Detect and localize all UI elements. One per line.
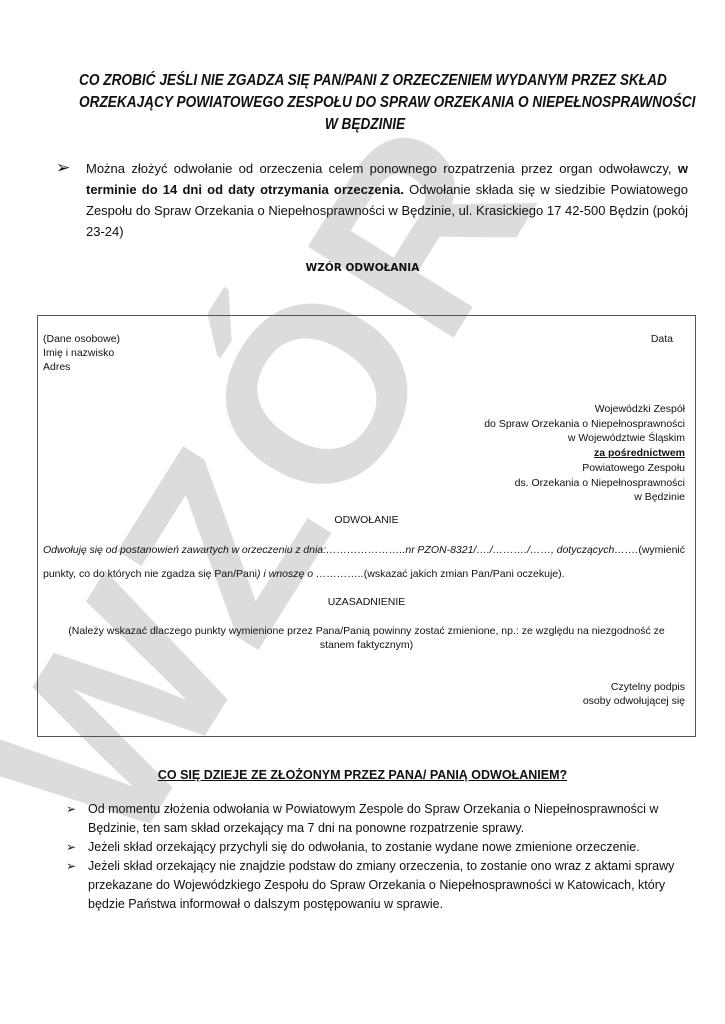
appeal-template-box: (Dane osobowe) Imię i nazwisko Adres Dat… — [37, 315, 696, 737]
recipient-block: Wojewódzki Zespół do Spraw Orzekania o N… — [484, 402, 685, 505]
signature-line: Czytelny podpis — [583, 680, 685, 694]
appeal-word: Odwołuję — [43, 538, 87, 562]
appeal-word: (wymienić — [638, 544, 685, 556]
template-heading: WZÓR ODWOŁANIA — [0, 262, 725, 274]
intro-text-start: Można złożyć odwołanie od orzeczenia cel… — [86, 161, 678, 176]
intro-text: Można złożyć odwołanie od orzeczenia cel… — [62, 158, 688, 242]
recipient-line: w Województwie Śląskim — [484, 431, 685, 446]
recipient-line: Wojewódzki Zespół — [484, 402, 685, 417]
list-item: ➢ Jeżeli skład orzekający nie znajdzie p… — [60, 857, 690, 914]
appeal-line-2: punkty, co do których nie zgadza się Pan… — [43, 562, 685, 586]
appeal-text-italic: ) i wnoszę o ………….. — [257, 568, 364, 580]
appeal-word: się — [89, 538, 102, 562]
appeal-word: dnia:…………………..nr — [303, 538, 414, 562]
appeal-word: orzeczeniu — [242, 538, 293, 562]
date-label: Data — [651, 332, 673, 346]
appeal-heading: ODWOŁANIE — [38, 513, 695, 527]
recipient-via: za pośrednictwem — [484, 446, 685, 461]
arrow-bullet-icon: ➢ — [56, 158, 70, 178]
appeal-word: postanowień — [120, 538, 179, 562]
list-item: ➢ Od momentu złożenia odwołania w Powiat… — [60, 800, 690, 838]
arrow-bullet-icon: ➢ — [66, 838, 76, 857]
justification-heading: UZASADNIENIE — [38, 595, 695, 609]
intro-paragraph: ➢ Można złożyć odwołanie od orzeczenia c… — [62, 158, 688, 242]
list-item-text: Jeżeli skład orzekający nie znajdzie pod… — [88, 859, 674, 911]
recipient-line: ds. Orzekania o Niepełnosprawności — [484, 476, 685, 491]
sender-block: (Dane osobowe) Imię i nazwisko Adres — [43, 332, 120, 374]
page-title: CO ZROBIĆ JEŚLI NIE ZGADZA SIĘ PAN/PANI … — [79, 70, 651, 136]
appeal-line-1: Odwołuję się od postanowień zawartych w … — [43, 538, 685, 562]
title-line: CO ZROBIĆ JEŚLI NIE ZGADZA SIĘ PAN/PANI … — [79, 70, 651, 92]
appeal-word: od — [106, 538, 118, 562]
appeal-text: punkty, co do których nie zgadza się Pan… — [43, 568, 257, 580]
appeal-body: Odwołuję się od postanowień zawartych w … — [43, 538, 685, 586]
appeal-word: zawartych — [182, 538, 229, 562]
list-item-text: Od momentu złożenia odwołania w Powiatow… — [88, 802, 658, 835]
justification-text: (Należy wskazać dlaczego punkty wymienio… — [58, 624, 675, 652]
arrow-bullet-icon: ➢ — [66, 857, 76, 876]
recipient-line: Powiatowego Zespołu — [484, 461, 685, 476]
arrow-bullet-icon: ➢ — [66, 800, 76, 819]
title-line: ORZEKAJĄCY POWIATOWEGO ZESPOŁU DO SPRAW … — [79, 92, 651, 114]
sender-line: Adres — [43, 360, 120, 374]
title-line: W BĘDZINIE — [79, 114, 651, 136]
appeal-word: z — [295, 538, 300, 562]
recipient-line: do Spraw Orzekania o Niepełnosprawności — [484, 417, 685, 432]
signature-line: osoby odwołującej się — [583, 694, 685, 708]
bullet-list: ➢ Od momentu złożenia odwołania w Powiat… — [60, 800, 690, 914]
appeal-text: (wskazać jakich zmian Pan/Pani oczekuje)… — [364, 568, 565, 580]
sender-line: Imię i nazwisko — [43, 346, 120, 360]
recipient-line: w Będzinie — [484, 490, 685, 505]
appeal-word: w — [232, 538, 240, 562]
list-item: ➢ Jeżeli skład orzekający przychyli się … — [60, 838, 690, 857]
sender-line: (Dane osobowe) — [43, 332, 120, 346]
appeal-word: dotyczących……. — [557, 544, 639, 556]
section-heading: CO SIĘ DZIEJE ZE ZŁOŻONYM PRZEZ PANA/ PA… — [0, 768, 725, 782]
list-item-text: Jeżeli skład orzekający przychyli się do… — [88, 840, 640, 854]
signature-block: Czytelny podpis osoby odwołującej się — [583, 680, 685, 708]
appeal-word: PZON-8321/…./………./……, — [417, 538, 554, 562]
document-page: CO ZROBIĆ JEŚLI NIE ZGADZA SIĘ PAN/PANI … — [0, 0, 725, 1024]
